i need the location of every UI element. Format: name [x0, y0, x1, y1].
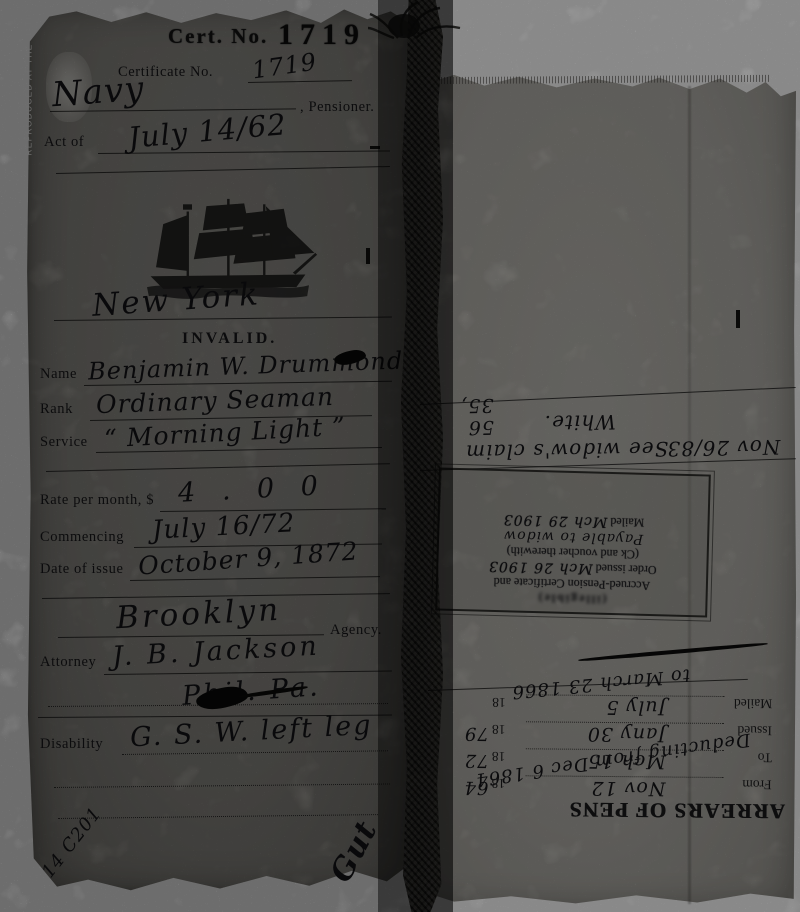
ink-mark-3: [736, 310, 740, 328]
commencing-value: July 16/72: [151, 508, 296, 545]
arrears-mailed-label: Mailed: [734, 695, 772, 711]
blank-line-1: [54, 783, 390, 788]
upside-down-arrears-table: ARREARS OF PENS From Nov 12 18 64 To Mch…: [429, 640, 787, 823]
invalid-heading: INVALID.: [182, 330, 277, 348]
rate-label: Rate per month, $: [40, 492, 154, 509]
memo-figures: 56 35,: [427, 394, 494, 439]
frayed-threads: [368, 0, 468, 42]
arrears-issued-year: 79: [464, 723, 489, 744]
stamp-line-5-date: Mch 29 1903: [503, 511, 608, 530]
upside-down-accrued-pension-stamp: (illegible) Accrued-Pension Certificate …: [435, 467, 711, 617]
arrears-mailed-month: July 5: [605, 696, 666, 719]
ink-mark-1: [370, 146, 380, 149]
agency-label: Agency.: [330, 622, 382, 639]
arrears-issued-century: 18: [492, 721, 506, 737]
act-of-label: Act of: [44, 134, 84, 151]
cert-no-stamp-number: 1719: [278, 18, 366, 52]
name-label: Name: [40, 366, 77, 383]
service-line-2: [46, 463, 390, 472]
service-value: “ Morning Light ”: [103, 412, 346, 454]
scanned-pension-certificate: REPRODUCED AT THE NATIONA Cert. No. 1719…: [0, 0, 800, 912]
service-branch-value: Navy: [51, 69, 146, 115]
service-label: Service: [40, 434, 88, 451]
memo-date: Nov 26/83: [666, 435, 780, 461]
arrears-to-label: To: [758, 749, 772, 765]
corner-notation: 14 C201: [38, 803, 106, 882]
memo-name: White.: [544, 410, 616, 435]
attorney-line: [104, 670, 392, 675]
ink-mark-2: [366, 248, 370, 264]
attorney-label: Attorney: [40, 654, 96, 671]
pensioner-label: , Pensioner.: [300, 99, 374, 116]
arrears-to-century: 18: [492, 748, 506, 764]
blank-line-2: [58, 814, 378, 819]
stamp-line-2-date: Mch 26 1903: [488, 558, 593, 577]
stamp-line-5-label: Mailed: [610, 515, 644, 530]
act-line-2: [56, 166, 390, 174]
commencing-label: Commencing: [40, 529, 124, 546]
agency-value: Brooklyn: [115, 592, 282, 637]
memo-text: See widow's claim: [465, 437, 669, 465]
arrears-from-label: From: [742, 776, 771, 792]
place-value: New York: [91, 276, 261, 324]
stamp-line-2-label: Order issued: [595, 562, 656, 578]
archive-margin-text: REPRODUCED AT THE NATIONA: [24, 0, 34, 156]
upside-down-memo: Nov 26/83 See widow's claim White. 56 35…: [427, 389, 786, 471]
rate-value: 4 . 0 0: [177, 470, 327, 509]
date-of-issue-label: Date of issue: [40, 561, 124, 578]
document-content: Cert. No. 1719 Certificate No. 1719 Navy…: [0, 0, 800, 912]
flourish-scribble: Gut: [324, 815, 385, 888]
act-of-value: July 14/62: [127, 107, 288, 155]
cert-no-stamp-label: Cert. No.: [168, 24, 268, 49]
arrears-from-month: Nov 12: [590, 777, 665, 800]
certificate-no-value: 1719: [250, 48, 318, 85]
arrears-title: ARREARS OF PENS: [429, 795, 785, 823]
rank-label: Rank: [40, 401, 73, 418]
arrears-mailed-century: 18: [492, 694, 506, 710]
disability-label: Disability: [40, 736, 103, 753]
